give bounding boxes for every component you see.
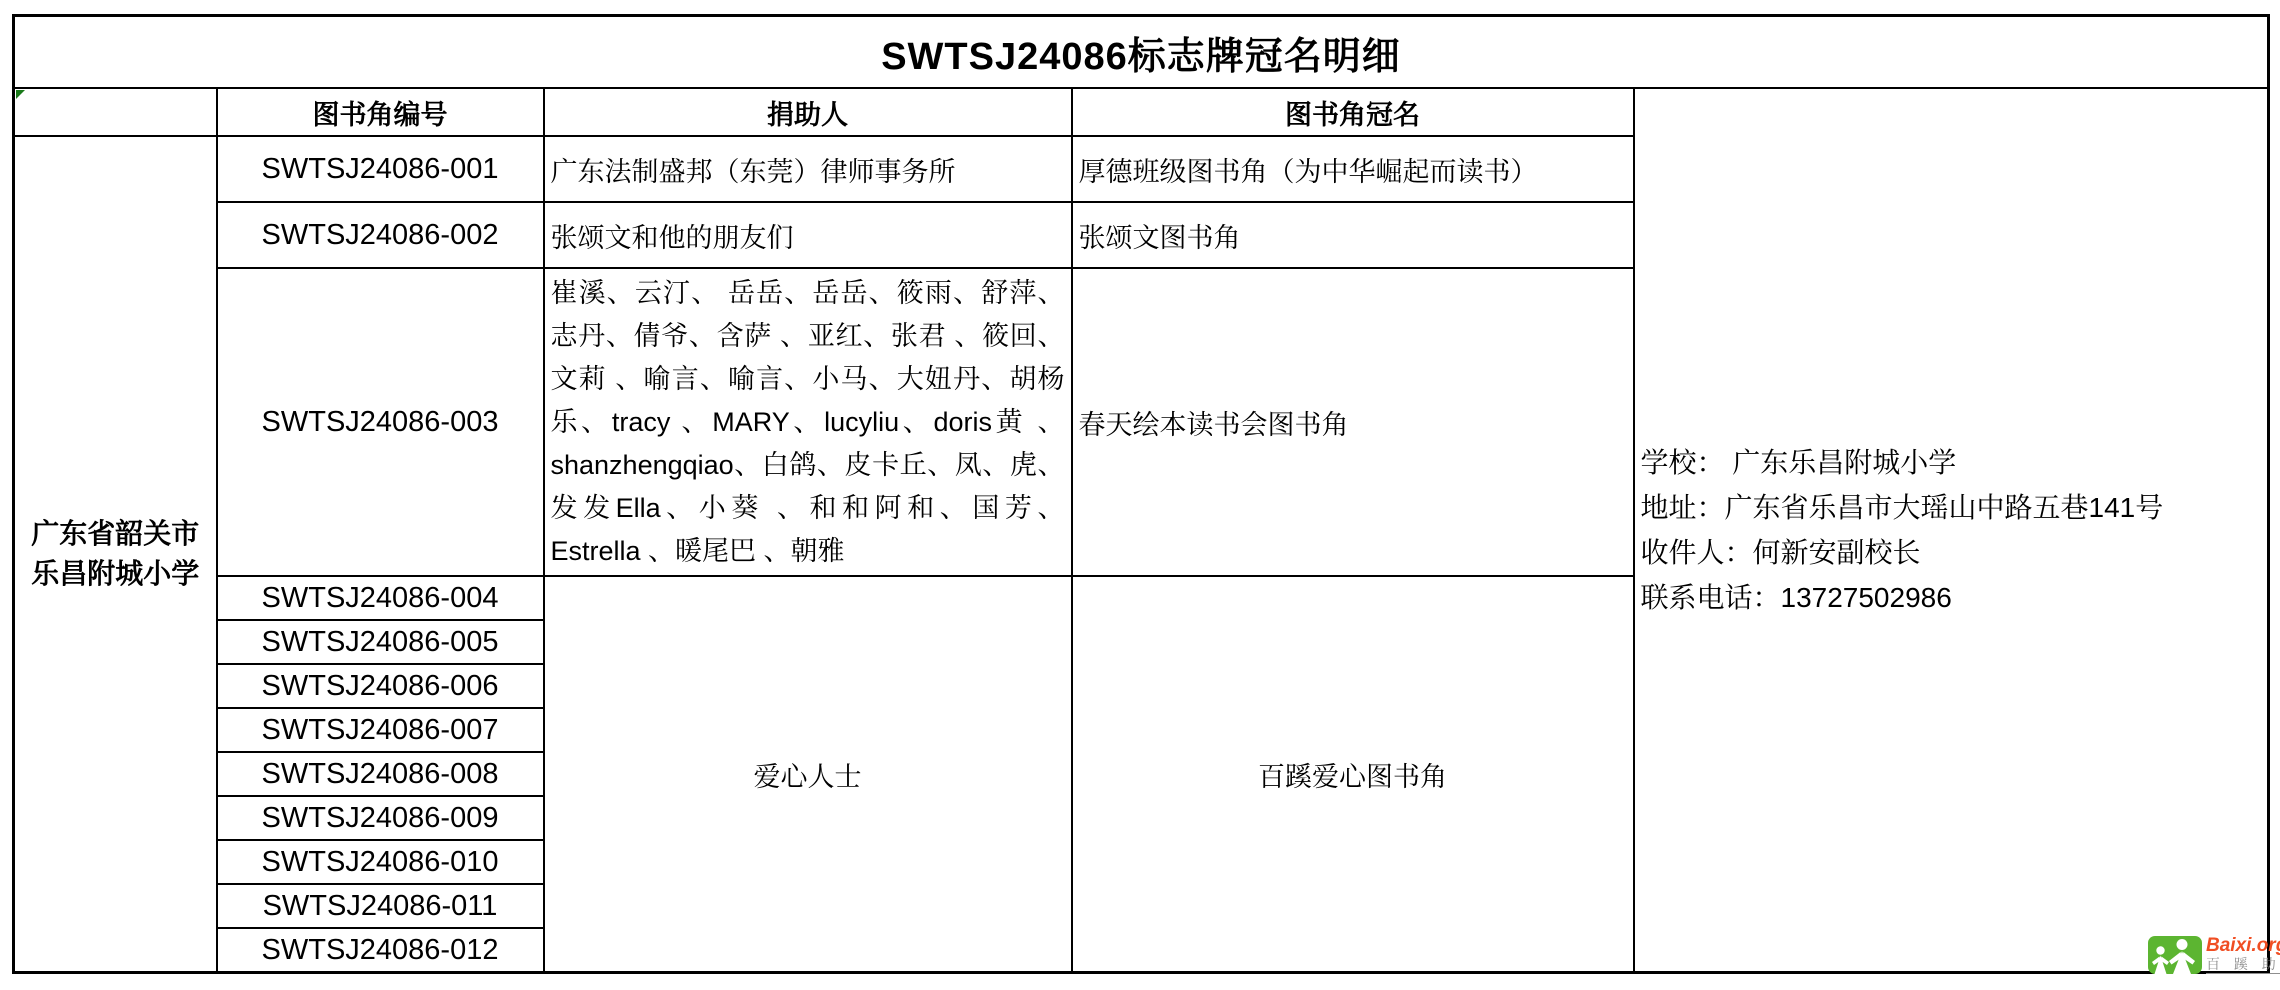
column-header-naming: 图书角冠名 [1072,88,1634,136]
naming-cell: 春天绘本读书会图书角 [1072,268,1634,576]
excel-error-triangle-icon [16,90,25,99]
contact-info-cell: 学校： 广东乐昌附城小学 地址：广东省乐昌市大瑶山中路五巷141号 收件人：何新… [1634,88,2269,973]
merged-donor-cell: 爱心人士 [544,576,1072,973]
corner-id-cell: SWTSJ24086-006 [217,664,544,708]
donor-cell: 广东法制盛邦（东莞）律师事务所 [544,136,1072,202]
merged-naming-cell: 百蹊爱心图书角 [1072,576,1634,973]
column-header-id: 图书角编号 [217,88,544,136]
corner-id-cell: SWTSJ24086-005 [217,620,544,664]
naming-cell: 张颂文图书角 [1072,202,1634,268]
naming-detail-table: SWTSJ24086标志牌冠名明细 图书角编号 捐助人 图书角冠名 学校： 广东… [12,14,2270,974]
corner-id-cell: SWTSJ24086-004 [217,576,544,620]
baixi-people-icon [2148,936,2202,974]
corner-id-cell: SWTSJ24086-010 [217,840,544,884]
corner-cell [14,88,217,136]
corner-id-cell: SWTSJ24086-001 [217,136,544,202]
column-header-donor: 捐助人 [544,88,1072,136]
contact-school: 学校： 广东乐昌附城小学 [1641,440,2262,485]
sheet-title: SWTSJ24086标志牌冠名明细 [14,16,2269,89]
baixi-logo-subtitle: 百 蹊 助 學 [2206,956,2280,974]
spreadsheet-page: SWTSJ24086标志牌冠名明细 图书角编号 捐助人 图书角冠名 学校： 广东… [0,0,2280,990]
naming-cell: 厚德班级图书角（为中华崛起而读书） [1072,136,1634,202]
corner-id-cell: SWTSJ24086-002 [217,202,544,268]
donor-list-cell: 崔溪、云汀、 岳岳、岳岳、筱雨、舒萍、志丹、倩爷、含萨 、亚红、张君 、筱回、文… [544,268,1072,576]
contact-phone: 联系电话：13727502986 [1641,575,2262,620]
baixi-logo-name: Baixi.org [2206,936,2280,955]
corner-id-cell: SWTSJ24086-009 [217,796,544,840]
school-group-cell: 广东省韶关市 乐昌附城小学 [14,136,217,973]
corner-id-cell: SWTSJ24086-011 [217,884,544,928]
corner-id-cell: SWTSJ24086-003 [217,268,544,576]
corner-id-cell: SWTSJ24086-012 [217,928,544,973]
donor-cell: 张颂文和他的朋友们 [544,202,1072,268]
contact-recipient: 收件人：何新安副校长 [1641,530,2262,575]
corner-id-cell: SWTSJ24086-007 [217,708,544,752]
contact-address: 地址：广东省乐昌市大瑶山中路五巷141号 [1641,485,2262,530]
baixi-logo[interactable]: Baixi.org 百 蹊 助 學 [2148,936,2280,974]
corner-id-cell: SWTSJ24086-008 [217,752,544,796]
